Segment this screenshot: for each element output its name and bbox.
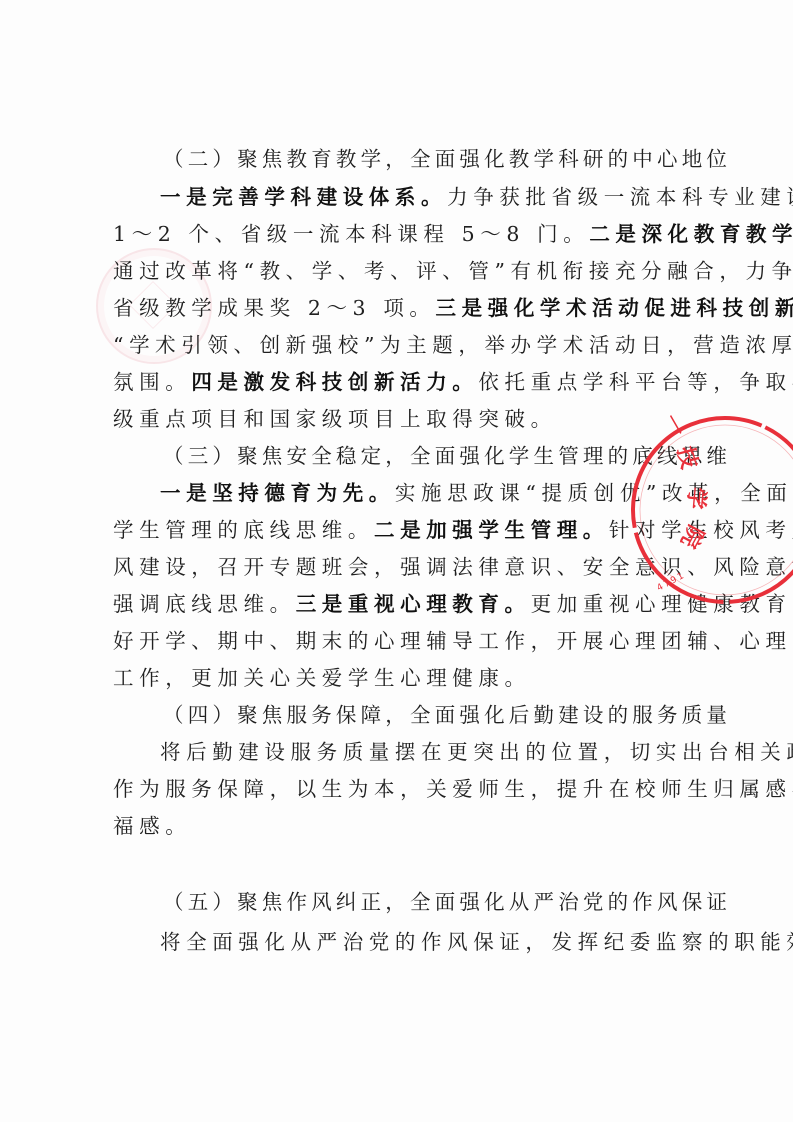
paragraph-line: 一是完善学科建设体系。力争获批省级一流本科专业建设点 xyxy=(160,184,695,210)
body-text: 氛围。 xyxy=(113,370,191,394)
paragraph-line: 好开学、期中、期末的心理辅导工作，开展心理团辅、心理咨询 xyxy=(113,628,695,654)
paragraph-line: 福感。 xyxy=(113,813,695,839)
section-heading-3: （三）聚焦安全稳定，全面强化学生管理的底线思维 xyxy=(163,443,693,469)
paragraph-line: 通过改革将“教、学、考、评、管”有机衔接充分融合，力争获得 xyxy=(113,258,695,284)
paragraph-line: 工作，更加关心关爱学生心理健康。 xyxy=(113,665,695,691)
emphasis-text: 四是激发科技创新活力。 xyxy=(191,370,478,394)
emphasis-text: 一是完善学科建设体系。 xyxy=(160,185,447,209)
body-text: 级重点项目和国家级项目上取得突破。 xyxy=(113,407,557,431)
paragraph-line: 将后勤建设服务质量摆在更突出的位置，切实出台相关政策 xyxy=(160,739,695,765)
section-heading-2: （二）聚焦教育教学，全面强化教学科研的中心地位 xyxy=(163,146,693,172)
paragraph-line: 学生管理的底线思维。二是加强学生管理。针对学生校风考风学 xyxy=(113,517,695,543)
body-text: 力争获批省级一流本科专业建设点 xyxy=(447,185,793,209)
body-text: 实施思政课“提质创优”改革，全面强化 xyxy=(395,481,793,505)
document-page: （二）聚焦教育教学，全面强化教学科研的中心地位 一是完善学科建设体系。力争获批省… xyxy=(0,0,793,1122)
body-text: 作为服务保障，以生为本，关爱师生，提升在校师生归属感与幸 xyxy=(113,777,793,801)
paragraph-line: 将全面强化从严治党的作风保证，发挥纪委监察的职能效用， xyxy=(160,929,695,955)
seal-ring-icon xyxy=(620,405,793,615)
body-text: 将全面强化从严治党的作风保证，发挥纪委监察的职能效用， xyxy=(160,930,793,954)
body-text: 好开学、期中、期末的心理辅导工作，开展心理团辅、心理咨询 xyxy=(113,629,793,653)
emphasis-text: 三是强化学术活动促进科技创新。 xyxy=(436,296,793,320)
body-text: 工作，更加关心关爱学生心理健康。 xyxy=(113,666,531,690)
paragraph-line: 作为服务保障，以生为本，关爱师生，提升在校师生归属感与幸 xyxy=(113,776,695,802)
paragraph-line: 一是坚持德育为先。实施思政课“提质创优”改革，全面强化 xyxy=(160,480,695,506)
body-text: 1～2 个、省级一流本科课程 5～8 门。 xyxy=(113,222,589,246)
paragraph-line: 强调底线思维。三是重视心理教育。更加重视心理健康教育，做 xyxy=(113,591,695,617)
emphasis-text: 二是深化教育教学改革。 xyxy=(589,222,793,246)
paragraph-line: 风建设，召开专题班会，强调法律意识、安全意识、风险意识， xyxy=(113,554,695,580)
body-text: 强调底线思维。 xyxy=(113,592,296,616)
section-heading-4: （四）聚焦服务保障，全面强化后勤建设的服务质量 xyxy=(163,702,693,728)
body-text: 省级教学成果奖 2～3 项。 xyxy=(113,296,436,320)
body-text: 依托重点学科平台等，争取在省 xyxy=(478,370,793,394)
paragraph-line: 级重点项目和国家级项目上取得突破。 xyxy=(113,406,695,432)
paragraph-line: 省级教学成果奖 2～3 项。三是强化学术活动促进科技创新。以 xyxy=(113,295,695,321)
official-seal: 一 技 学 院 4791 xyxy=(620,405,793,615)
body-text: “学术引领、创新强校”为主题，举办学术活动日，营造浓厚学术 xyxy=(113,333,793,357)
emphasis-text: 三是重视心理教育。 xyxy=(296,592,531,616)
body-text: 将后勤建设服务质量摆在更突出的位置，切实出台相关政策 xyxy=(160,740,793,764)
body-text: 风建设，召开专题班会，强调法律意识、安全意识、风险意识， xyxy=(113,555,793,579)
paragraph-line: “学术引领、创新强校”为主题，举办学术活动日，营造浓厚学术 xyxy=(113,332,695,358)
body-text: 针对学生校风考风学 xyxy=(609,518,793,542)
emphasis-text: 一是坚持德育为先。 xyxy=(160,481,395,505)
body-text: 学生管理的底线思维。 xyxy=(113,518,374,542)
body-text: 更加重视心理健康教育，做 xyxy=(531,592,793,616)
body-text: 福感。 xyxy=(113,814,191,838)
section-heading-5: （五）聚焦作风纠正，全面强化从严治党的作风保证 xyxy=(163,889,693,915)
paragraph-line: 1～2 个、省级一流本科课程 5～8 门。二是深化教育教学改革。 xyxy=(113,221,695,247)
emphasis-text: 二是加强学生管理。 xyxy=(374,518,609,542)
paragraph-line: 氛围。四是激发科技创新活力。依托重点学科平台等，争取在省 xyxy=(113,369,695,395)
body-text: 通过改革将“教、学、考、评、管”有机衔接充分融合，力争获得 xyxy=(113,259,793,283)
